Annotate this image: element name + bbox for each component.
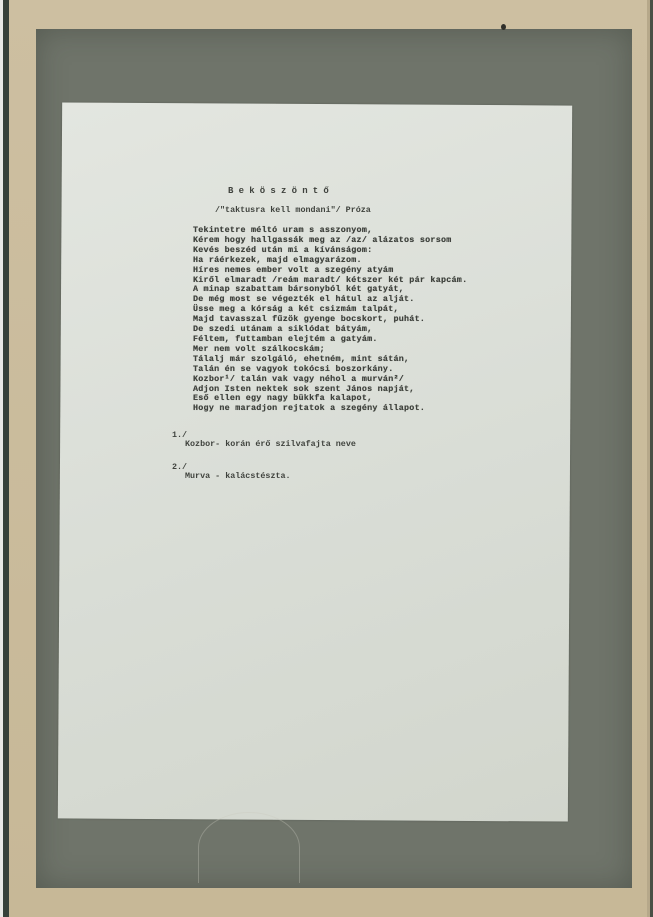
photo-smudge — [198, 812, 300, 883]
poem-line: Kozbor¹/ talán vak vagy néhol a murván²/ — [193, 375, 467, 385]
page-title: Beköszöntő — [228, 186, 334, 196]
film-edge-right — [647, 0, 653, 917]
footnote-1-text: Kozbor- korán érő szilvafajta neve — [185, 439, 356, 449]
poem-body: Tekintetre méltó uram s asszonyom,Kérem … — [193, 226, 467, 414]
page-subtitle: /"taktusra kell mondani"/ Próza — [215, 205, 371, 215]
poem-line: Hogy ne maradjon rejtatok a szegény álla… — [193, 404, 467, 414]
film-edge-left — [0, 0, 9, 917]
speck-mark — [501, 24, 506, 30]
footnote-2-text: Murva - kalácstészta. — [185, 471, 291, 481]
